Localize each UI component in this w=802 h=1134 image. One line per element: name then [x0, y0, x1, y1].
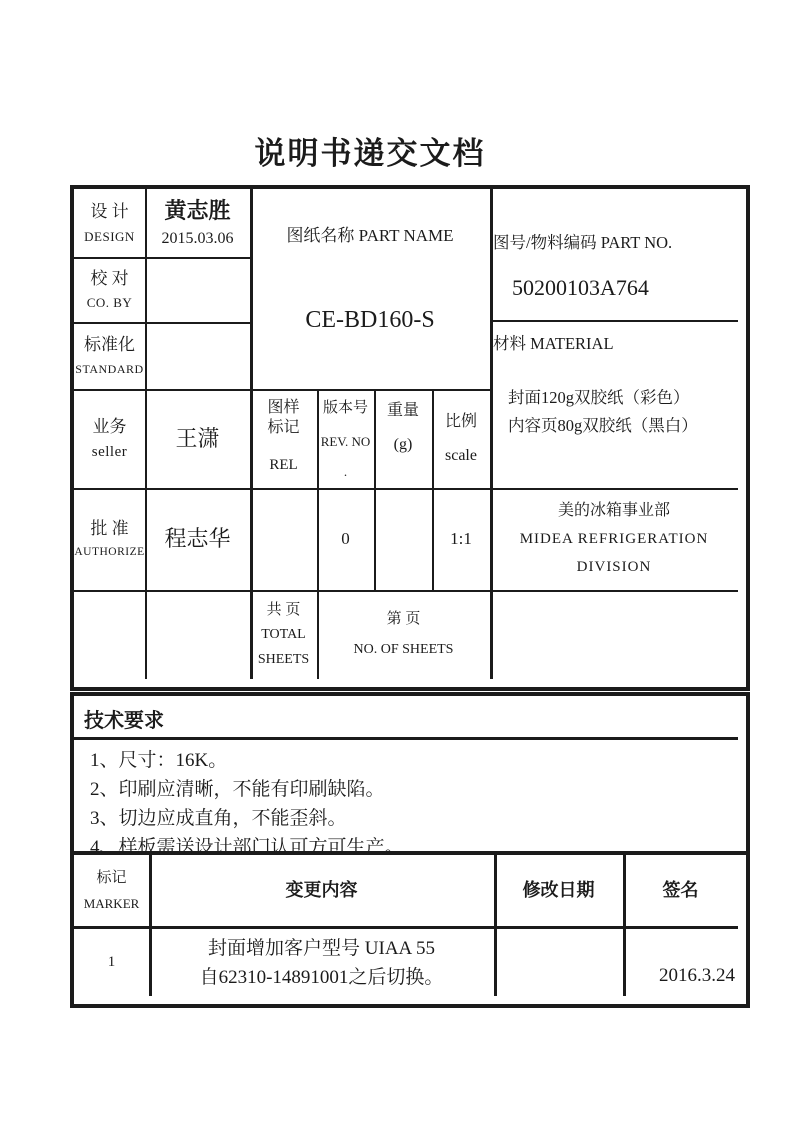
weight-cn: 重量: [387, 401, 419, 421]
division-cell: 美的冰箱事业部 MIDEA REFRIGERATION DIVISION: [490, 488, 738, 590]
material-line1: 封面120g双胶纸（彩色）: [508, 384, 690, 408]
tech-requirements-list: 1、尺寸：16K。 2、印刷应清晰，不能有印刷缺陷。 3、切边应成直角，不能歪斜…: [90, 746, 738, 862]
authorize-label-en: AUTHORIZE: [74, 545, 144, 559]
marker-header-cell: 标记 MARKER: [74, 855, 149, 926]
total-sheets-en1: TOTAL: [261, 626, 306, 644]
revision-row-content: 封面增加客户型号 UIAA 55 自62310-14891001之后切换。: [149, 929, 494, 996]
seller-label-en: seller: [92, 443, 127, 462]
document-page: 说明书递交文档 设 计 DESIGN 黄志胜 2015.03.06 校 对 CO…: [0, 0, 802, 1134]
design-name: 黄志胜: [164, 197, 230, 225]
material-label: 材料 MATERIAL: [493, 330, 614, 354]
signature-header: 签名: [663, 879, 699, 902]
weight-header-cell: 重量 (g): [374, 389, 432, 488]
rel-mark-header-cell: 图样 标记 REL: [250, 389, 317, 488]
standard-label-en: STANDARD: [75, 362, 143, 377]
signature-header-cell: 签名: [623, 855, 738, 926]
part-name-cell: 图纸名称 PART NAME CE-BD160-S: [250, 189, 490, 389]
scale-value: 1:1: [450, 528, 472, 549]
revision-marker-value: 1: [108, 953, 116, 972]
seller-label-cn: 业务: [93, 416, 127, 437]
total-sheets-cn: 共 页: [267, 601, 301, 620]
division-line1: 美的冰箱事业部: [558, 501, 670, 521]
revision-table: 标记 MARKER 变更内容 修改日期 签名 1 封面增加客户型号 UIAA 5…: [70, 851, 750, 1008]
rel-mark-en: REL: [269, 456, 297, 475]
design-date: 2015.03.06: [162, 229, 234, 249]
scale-header-cell: 比例 scale: [432, 389, 490, 488]
authorize-name: 程志华: [164, 525, 230, 553]
standard-label-cell: 标准化 STANDARD: [74, 322, 145, 389]
tech-requirement-item: 2、印刷应清晰，不能有印刷缺陷。: [90, 775, 738, 804]
part-no-cell: 图号/物料编码 PART NO. 50200103A764: [490, 189, 738, 320]
design-label-en: DESIGN: [84, 229, 135, 245]
page-title: 说明书递交文档: [240, 128, 500, 173]
table-line: [74, 737, 738, 740]
division-line2: MIDEA REFRIGERATION: [520, 530, 709, 549]
no-of-sheets-en: NO. OF SHEETS: [354, 641, 454, 659]
scale-cn: 比例: [445, 412, 477, 432]
standard-label-cn: 标准化: [84, 334, 135, 355]
rev-no-value: 0: [341, 528, 350, 549]
marker-header-cn: 标记: [96, 869, 126, 888]
revision-content-line1: 封面增加客户型号 UIAA 55: [208, 934, 435, 963]
part-no-value: 50200103A764: [512, 275, 649, 301]
rev-no-header-cell: 版本号 REV. NO .: [317, 389, 374, 488]
part-name-value: CE-BD160-S: [250, 307, 490, 334]
authorize-label-cell: 批 准 AUTHORIZE: [74, 488, 145, 590]
scale-en: scale: [445, 446, 477, 466]
marker-header-en: MARKER: [84, 896, 140, 912]
rev-no-cn: 版本号: [323, 399, 368, 418]
seller-name: 王潇: [175, 425, 219, 453]
revision-row-date: [494, 929, 623, 996]
rev-no-value-cell: 0: [317, 488, 374, 590]
revision-row-marker: 1: [74, 929, 149, 996]
rel-mark-cn1: 图样: [267, 398, 299, 418]
tech-requirement-item: 1、尺寸：16K。: [90, 746, 738, 775]
change-content-header-cell: 变更内容: [149, 855, 494, 926]
scale-value-cell: 1:1: [432, 488, 490, 590]
no-of-sheets-cn: 第 页: [387, 610, 421, 629]
division-line3: DIVISION: [577, 558, 652, 577]
part-no-label: 图号/物料编码 PART NO.: [493, 229, 672, 253]
seller-value-cell: 王潇: [145, 389, 250, 488]
total-sheets-en2: SHEETS: [258, 651, 309, 669]
revision-row-signature: 2016.3.24: [623, 929, 738, 996]
authorize-value-cell: 程志华: [145, 488, 250, 590]
design-label-cell: 设 计 DESIGN: [74, 189, 145, 257]
weight-unit: (g): [394, 435, 413, 455]
material-line2: 内容页80g双胶纸（黑白）: [508, 412, 698, 436]
design-value-cell: 黄志胜 2015.03.06: [145, 189, 250, 257]
revision-signature-value: 2016.3.24: [659, 965, 735, 987]
rev-no-en-dot: .: [344, 464, 347, 480]
rel-mark-cn2: 标记: [267, 418, 299, 438]
tech-requirement-item: 3、切边应成直角，不能歪斜。: [90, 804, 738, 833]
modify-date-header: 修改日期: [523, 879, 595, 902]
modify-date-header-cell: 修改日期: [494, 855, 623, 926]
revision-content-line2: 自62310-14891001之后切换。: [200, 963, 444, 992]
authorize-label-cn: 批 准: [90, 518, 128, 539]
tech-requirements-title: 技术要求: [84, 704, 164, 733]
info-table: 设 计 DESIGN 黄志胜 2015.03.06 校 对 CO. BY 标准化…: [70, 185, 750, 691]
check-label-en: CO. BY: [87, 295, 133, 311]
tech-requirements-box: 技术要求 1、尺寸：16K。 2、印刷应清晰，不能有印刷缺陷。 3、切边应成直角…: [70, 692, 750, 859]
material-cell: 材料 MATERIAL 封面120g双胶纸（彩色） 内容页80g双胶纸（黑白）: [490, 322, 738, 488]
check-label-cell: 校 对 CO. BY: [74, 257, 145, 322]
no-of-sheets-cell: 第 页 NO. OF SHEETS: [317, 590, 490, 679]
part-name-label: 图纸名称 PART NAME: [250, 221, 490, 246]
total-sheets-cell: 共 页 TOTAL SHEETS: [250, 590, 317, 679]
seller-label-cell: 业务 seller: [74, 389, 145, 488]
design-label-cn: 设 计: [90, 201, 128, 222]
change-content-header: 变更内容: [286, 879, 358, 902]
rev-no-en: REV. NO: [321, 434, 371, 450]
check-label-cn: 校 对: [90, 268, 128, 289]
